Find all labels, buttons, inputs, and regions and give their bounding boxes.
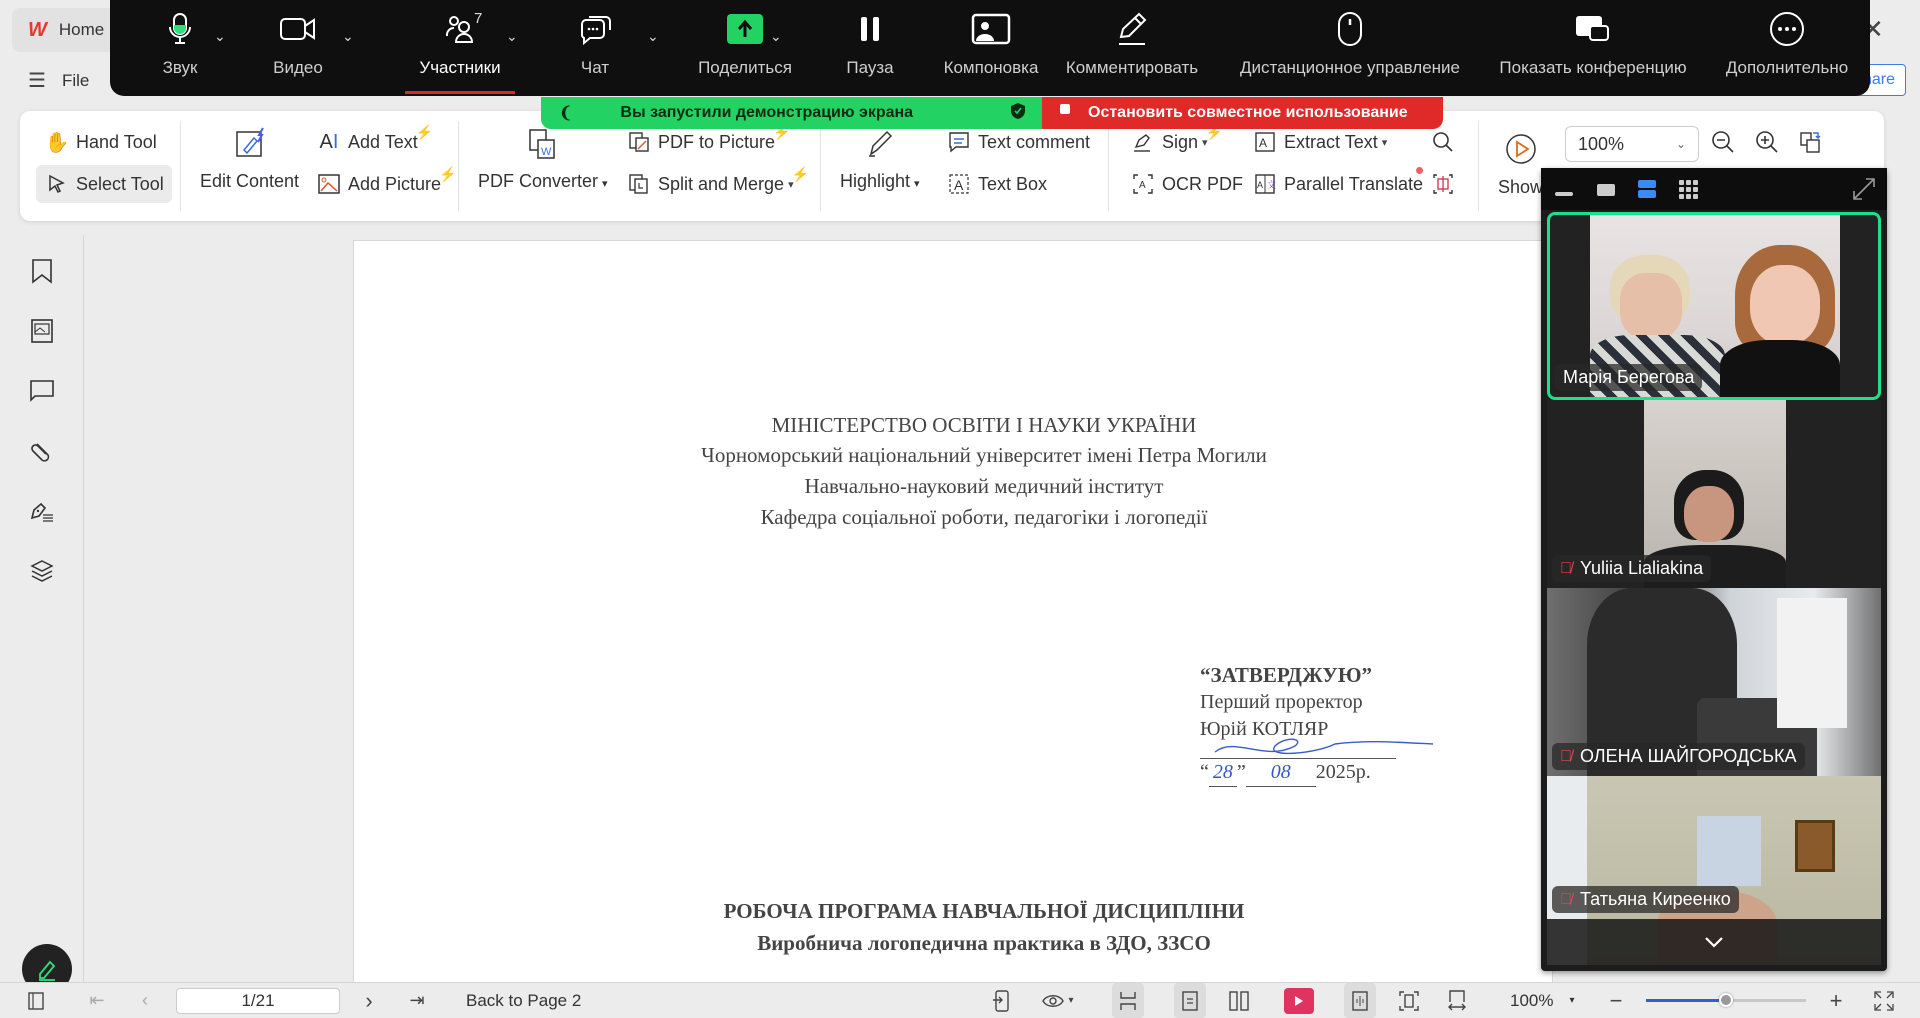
participant-name: 🎙̸Yuliia Lialiakina [1552, 555, 1711, 582]
search-button[interactable] [1430, 129, 1462, 155]
strip-view-icon[interactable] [1638, 180, 1656, 198]
fullscreen-icon[interactable] [1872, 983, 1896, 1017]
previous-page-icon[interactable]: ‹ [134, 983, 156, 1017]
ai-bolt-icon: ⚡ [439, 166, 456, 183]
wps-logo-icon: W [28, 19, 47, 42]
pdf-converter-button[interactable]: W PDF Converter▾ [478, 123, 608, 192]
text-comment-label: Text comment [978, 132, 1090, 153]
text-box-label: Text Box [978, 174, 1047, 195]
sharing-status-text: Вы запустили демонстрацию экрана [620, 104, 913, 122]
participant-tile[interactable]: Марія Берегова [1547, 212, 1881, 400]
status-bar: ⇤ ‹ 1/21 › ⇥ Back to Page 2 ▾ 100%▾ − [0, 982, 1920, 1017]
add-picture-button[interactable]: Add Picture ⚡ [316, 171, 457, 197]
chevron-down-icon[interactable]: ⌄ [214, 28, 226, 45]
share-screen-icon [727, 0, 763, 58]
svg-text:A: A [1257, 180, 1263, 190]
active-indicator [405, 91, 515, 94]
pdf-to-word-icon: W [523, 123, 563, 163]
continuous-scroll-icon[interactable] [1112, 983, 1144, 1017]
layout-label: Компоновка [944, 58, 1039, 78]
video-button[interactable]: Видео [258, 0, 338, 96]
divider [820, 121, 821, 211]
approval-block: “ЗАТВЕРДЖУЮ” Перший проректор Юрій КОТЛЯ… [1200, 662, 1396, 787]
home-tab-label: Home [59, 20, 104, 40]
select-tool-button[interactable]: Select Tool [36, 165, 172, 203]
participants-button[interactable]: Участники [400, 0, 520, 96]
edit-content-icon [230, 123, 270, 163]
signature-scribble [1205, 732, 1435, 762]
page-number-value: 1/21 [241, 991, 274, 1011]
annotate-pencil-icon [1115, 0, 1149, 58]
participant-tile[interactable]: 🎙̸ОЛЕНА ШАЙГОРОДСЬКА [1547, 588, 1881, 776]
add-text-icon: AI [316, 129, 342, 155]
svg-text:A: A [1139, 180, 1146, 191]
hand-tool-button[interactable]: ✋ Hand Tool [44, 129, 157, 155]
text-comment-button[interactable]: Text comment [946, 129, 1090, 155]
parallel-translate-label: Parallel Translate [1284, 174, 1423, 195]
screen-sharing-banner: ❨ Вы запустили демонстрацию экрана [541, 97, 1042, 129]
remote-control-label: Дистанционное управление [1240, 58, 1460, 78]
cursor-arrow-icon [44, 171, 70, 197]
audio-button[interactable]: Звук [150, 0, 210, 96]
participant-tile[interactable]: 🎙̸Yuliia Lialiakina [1547, 400, 1881, 588]
mic-muted-icon: 🎙̸ [1560, 891, 1572, 909]
participant-count-badge: 7 [474, 10, 482, 27]
chevron-down-icon: ▾ [1382, 136, 1388, 149]
chevron-down-icon[interactable]: ⌄ [342, 28, 354, 45]
sign-button[interactable]: Sign ▾ ⚡ [1130, 129, 1223, 155]
extract-text-label: Extract Text [1284, 132, 1378, 153]
home-tab[interactable]: W Home [12, 8, 122, 52]
zoom-in-icon[interactable]: + [1826, 983, 1846, 1017]
split-and-merge-label: Split and Merge [658, 174, 784, 195]
doc-ministry: МІНІСТЕРСТВО ОСВІТИ І НАУКИ УКРАЇНИ [354, 413, 1614, 438]
parallel-translate-button[interactable]: A文 Parallel Translate [1252, 171, 1423, 197]
doc-institute: Навчально-науковий медичний інститут [354, 474, 1614, 499]
chevron-down-icon: ⌄ [1676, 137, 1686, 151]
show-meeting-button[interactable]: Показать конференцию [1488, 0, 1698, 96]
edit-content-label: Edit Content [200, 171, 299, 192]
stop-sharing-button[interactable]: Остановить совместное использование [1042, 97, 1443, 129]
mic-muted-icon: 🎙̸ [1560, 748, 1572, 766]
layout-button[interactable]: Компоновка [936, 0, 1046, 96]
share-screen-button[interactable]: Поделиться [680, 0, 810, 96]
chevron-down-icon[interactable]: ⌄ [647, 28, 659, 45]
shield-check-icon [1010, 102, 1026, 125]
svg-text:A: A [954, 177, 964, 193]
zoom-out-button[interactable] [1710, 129, 1742, 155]
highlight-button[interactable]: Highlight▾ [840, 123, 920, 192]
two-page-icon[interactable] [1226, 983, 1252, 1017]
pdf-converter-label: PDF Converter▾ [478, 171, 608, 192]
ai-bolt-icon: ⚡ [792, 166, 809, 183]
audio-label: Звук [163, 58, 198, 78]
pause-icon [859, 0, 881, 58]
single-page-icon[interactable] [1174, 983, 1206, 1017]
pdf-page: МІНІСТЕРСТВО ОСВІТИ І НАУКИ УКРАЇНИ Чорн… [353, 240, 1553, 1000]
extract-text-button[interactable]: A Extract Text ▾ [1252, 129, 1387, 155]
pen-icon [35, 957, 59, 981]
chat-label: Чат [581, 58, 609, 78]
zoom-level-select[interactable]: 100% ⌄ [1565, 126, 1699, 162]
ocr-icon: A [1130, 171, 1156, 197]
read-mode-icon[interactable] [988, 983, 1014, 1017]
attachment-icon[interactable] [28, 437, 56, 465]
show-meeting-label: Показать конференцию [1499, 58, 1686, 78]
search-icon [1430, 129, 1456, 155]
chevron-down-icon[interactable]: ⌄ [506, 28, 518, 45]
text-comment-icon [946, 129, 972, 155]
annotate-button[interactable]: Комментировать [1062, 0, 1202, 96]
svg-text:文: 文 [1267, 179, 1276, 190]
zoom-slider-handle[interactable] [1719, 993, 1733, 1007]
add-text-label: Add Text [348, 132, 418, 153]
remote-control-button[interactable]: Дистанционное управление [1230, 0, 1470, 96]
share-screen-label: Поделиться [698, 58, 792, 78]
zoom-slider-fill [1646, 999, 1726, 1002]
show-button[interactable]: Show [1498, 129, 1543, 198]
highlighter-icon [860, 123, 900, 163]
pdf-to-picture-icon [626, 129, 652, 155]
zoom-out-icon[interactable]: − [1606, 983, 1626, 1017]
text-box-icon: A [946, 171, 972, 197]
annotate-label: Комментировать [1066, 58, 1198, 78]
file-menu-label: File [62, 71, 89, 91]
microphone-icon [167, 0, 193, 58]
rotate-page-icon [1798, 129, 1824, 155]
actual-size-icon[interactable] [1396, 983, 1422, 1017]
divider [458, 121, 459, 211]
pdf-to-picture-label: PDF to Picture [658, 132, 775, 153]
pause-label: Пауза [846, 58, 893, 78]
show-meeting-icon [1574, 0, 1612, 58]
gallery-view-icon[interactable] [1679, 180, 1701, 205]
translate-icon: A文 [1252, 171, 1278, 197]
zoom-in-icon [1754, 129, 1780, 155]
thumbnail-icon[interactable] [28, 317, 56, 345]
extract-text-icon: A [1252, 129, 1278, 155]
file-menu[interactable]: ☰ File [28, 68, 89, 93]
page-number-input[interactable]: 1/21 [176, 988, 340, 1014]
divider [1108, 121, 1109, 211]
divider [180, 121, 181, 211]
bookmark-icon[interactable] [28, 257, 56, 285]
comment-icon[interactable] [28, 377, 56, 405]
fullscreen-expand-icon[interactable] [1851, 176, 1877, 207]
next-page-icon[interactable]: › [358, 983, 380, 1017]
participants-icon [444, 0, 476, 58]
picture-icon [316, 171, 342, 197]
fit-width-icon[interactable] [1444, 983, 1470, 1017]
rotate-page-button[interactable] [1798, 129, 1830, 155]
zoom-percent[interactable]: 100%▾ [1510, 983, 1575, 1017]
zoom-slider[interactable] [1646, 983, 1806, 1017]
ai-bolt-icon: ⚡ [416, 124, 433, 141]
video-label: Видео [273, 58, 323, 78]
sign-label: Sign [1162, 132, 1198, 153]
select-tool-label: Select Tool [76, 174, 164, 195]
approval-position: Перший проректор [1200, 689, 1396, 716]
participant-name: Марія Берегова [1555, 364, 1702, 391]
stop-square-icon [1060, 104, 1070, 114]
pen-nib-icon [1130, 129, 1156, 155]
doc-university: Чорноморський національний університет і… [354, 443, 1614, 468]
video-camera-icon [279, 0, 317, 58]
stop-sharing-label: Остановить совместное использование [1088, 104, 1408, 122]
approval-date: “28”082025р. [1200, 759, 1396, 787]
chat-button[interactable]: Чат [565, 0, 625, 96]
compare-icon [1430, 171, 1456, 197]
speaker-view-icon[interactable] [1597, 184, 1615, 196]
last-page-icon[interactable]: ⇥ [406, 983, 428, 1017]
meeting-toolbar: Звук ⌄ Видео ⌄ Участники 7 ⌄ Чат ⌄ Подел… [110, 0, 1870, 96]
play-slideshow-icon [1501, 129, 1541, 169]
hamburger-icon: ☰ [28, 68, 46, 93]
participant-name: 🎙̸Татьяна Киреенко [1552, 886, 1739, 913]
layers-icon[interactable] [28, 557, 56, 585]
divider [1478, 121, 1479, 211]
pdf-to-picture-button[interactable]: PDF to Picture ⚡ [626, 129, 790, 155]
signature-icon[interactable] [28, 497, 56, 525]
back-to-page-link[interactable]: Back to Page 2 [466, 983, 581, 1017]
split-and-merge-button[interactable]: Split and Merge ▾ ⚡ [626, 171, 809, 197]
zoom-out-icon [1710, 129, 1736, 155]
edit-content-button[interactable]: Edit Content [200, 123, 299, 192]
more-label: Дополнительно [1726, 58, 1848, 78]
participants-video-panel: Марія Берегова 🎙̸Yuliia Lialiakina 🎙̸ОЛЕ… [1541, 168, 1887, 971]
zoom-in-button[interactable] [1754, 129, 1786, 155]
show-label: Show [1498, 177, 1543, 198]
minimize-icon[interactable] [1555, 192, 1573, 196]
doc-subtitle: Виробнича логопедична практика в ЗДО, ЗЗ… [354, 931, 1614, 956]
eye-protection-icon[interactable]: ▾ [1036, 983, 1080, 1017]
more-icon [1769, 0, 1805, 58]
chevron-down-icon [1703, 935, 1725, 949]
add-text-button[interactable]: AI Add Text ⚡ [316, 129, 433, 155]
zoom-level-value: 100% [1578, 134, 1624, 155]
sidebar-toggle-icon[interactable] [22, 983, 50, 1017]
layout-icon [971, 0, 1011, 58]
pause-share-button[interactable]: Пауза [830, 0, 910, 96]
chevron-down-icon[interactable]: ⌄ [770, 28, 782, 45]
split-merge-icon [626, 171, 652, 197]
hand-icon: ✋ [44, 129, 70, 155]
text-box-button[interactable]: A Text Box [946, 171, 1047, 197]
left-sidebar [0, 235, 84, 982]
mic-muted-icon: 🎙̸ [1560, 560, 1572, 578]
doc-title: РОБОЧА ПРОГРАМА НАВЧАЛЬНОЇ ДИСЦИПЛІНИ [354, 899, 1614, 924]
more-button[interactable]: Дополнительно [1712, 0, 1862, 96]
ocr-pdf-label: OCR PDF [1162, 174, 1243, 195]
signal-icon: ❨ [559, 103, 572, 123]
highlight-label: Highlight▾ [840, 171, 920, 192]
play-presentation-button[interactable] [1284, 983, 1314, 1017]
scroll-down-button[interactable] [1547, 919, 1881, 965]
play-icon [1284, 988, 1314, 1014]
panel-header [1541, 168, 1887, 210]
svg-text:A: A [1259, 136, 1267, 150]
doc-department: Кафедра соціальної роботи, педагогіки і … [354, 505, 1614, 530]
approval-title: “ЗАТВЕРДЖУЮ” [1200, 662, 1396, 689]
hand-tool-label: Hand Tool [76, 132, 157, 153]
remote-control-mouse-icon [1337, 0, 1363, 58]
participants-label: Участники [419, 58, 500, 78]
first-page-icon[interactable]: ⇤ [86, 983, 108, 1017]
chat-icon [578, 0, 612, 58]
svg-text:W: W [541, 146, 552, 158]
ocr-pdf-button[interactable]: A OCR PDF [1130, 171, 1243, 197]
participant-name: 🎙̸ОЛЕНА ШАЙГОРОДСЬКА [1552, 743, 1805, 770]
compare-button[interactable] [1430, 171, 1462, 197]
fit-page-icon[interactable] [1344, 983, 1376, 1017]
add-picture-label: Add Picture [348, 174, 441, 195]
